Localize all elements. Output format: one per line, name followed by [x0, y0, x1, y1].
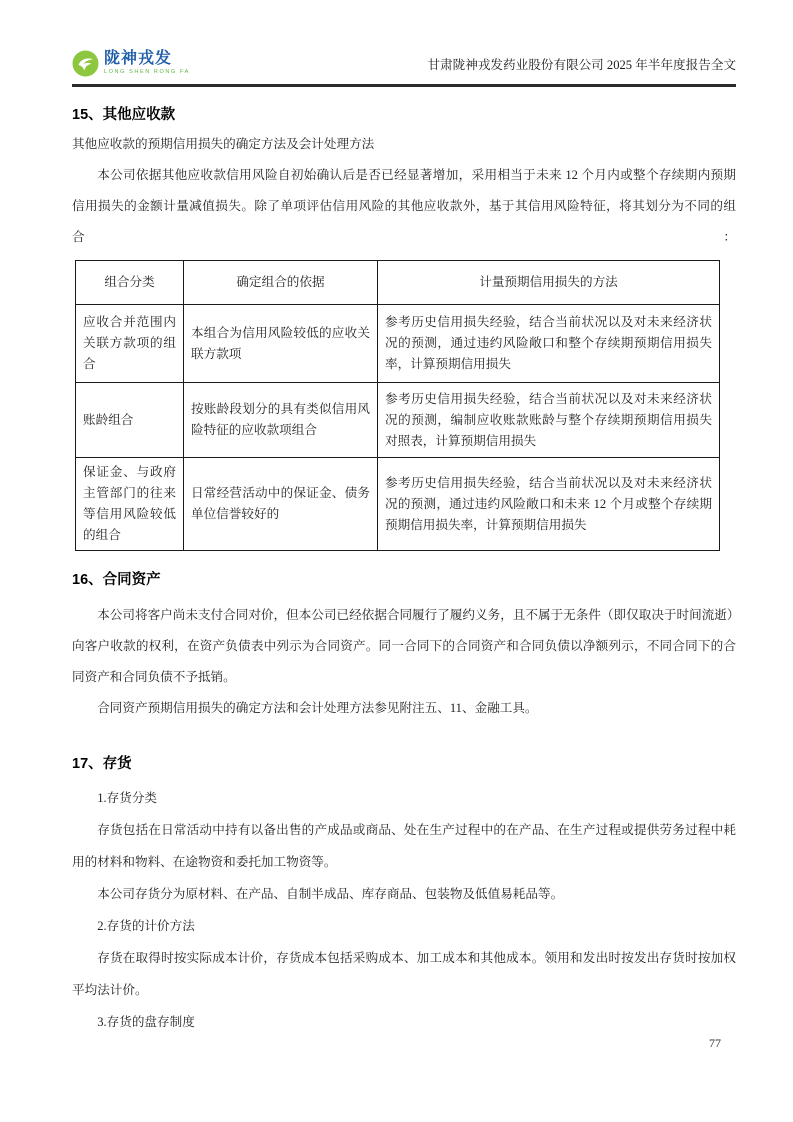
- section-15-heading: 15、其他应收款: [72, 103, 736, 124]
- credit-loss-portfolio-table: 组合分类 确定组合的依据 计量预期信用损失的方法 应收合并范围内关联方款项的组合…: [75, 260, 720, 551]
- table-header-cell: 确定组合的依据: [184, 261, 378, 305]
- table-row: 保证金、与政府主管部门的往来等信用风险较低的组合 日常经营活动中的保证金、债务单…: [76, 458, 720, 551]
- table-header-cell: 组合分类: [76, 261, 184, 305]
- section-17-heading: 17、存货: [72, 752, 736, 773]
- table-cell: 参考历史信用损失经验，结合当前状况以及对未来经济状况的预测，通过违约风险敞口和未…: [378, 458, 720, 551]
- company-logo: 陇神戎发 LONG SHEN RONG FA: [72, 50, 190, 77]
- logo-wordmark: 陇神戎发 LONG SHEN RONG FA: [104, 51, 190, 76]
- table-cell: 日常经营活动中的保证金、债务单位信誉较好的: [184, 458, 378, 551]
- logo-bird-icon: [72, 50, 99, 77]
- section-15-paragraph: 本公司依据其他应收款信用风险自初始确认后是否已经显著增加，采用相当于未来 12 …: [72, 160, 736, 253]
- page-header: 陇神戎发 LONG SHEN RONG FA 甘肃陇神戎发药业股份有限公司 20…: [72, 50, 736, 87]
- logo-english-name: LONG SHEN RONG FA: [104, 70, 190, 76]
- paragraph-line: 本公司存货分为原材料、在产品、自制半成品、库存商品、包装物及低值易耗品等。: [72, 878, 736, 910]
- paragraph-line: 平均法计价。: [72, 974, 736, 1006]
- paragraph-line: 信用损失的金额计量减值损失。除了单项评估信用风险的其他应收款外，基于其信用风险特…: [72, 191, 736, 253]
- report-title: 甘肃陇神戎发药业股份有限公司 2025 年半年度报告全文: [427, 54, 736, 73]
- table-header-row: 组合分类 确定组合的依据 计量预期信用损失的方法: [76, 261, 720, 305]
- table-cell: 保证金、与政府主管部门的往来等信用风险较低的组合: [76, 458, 184, 551]
- paragraph-line: 本公司将客户尚未支付合同对价，但本公司已经依据合同履行了履约义务，且不属于无条件…: [72, 600, 736, 631]
- paragraph-line: 存货包括在日常活动中持有以备出售的产成品或商品、处在生产过程中的在产品、在生产过…: [72, 814, 736, 846]
- page-number: 77: [690, 1036, 740, 1051]
- table-cell: 参考历史信用损失经验，结合当前状况以及对未来经济状况的预测，编制应收账款账龄与整…: [378, 383, 720, 458]
- logo-chinese-name: 陇神戎发: [104, 51, 190, 67]
- report-page: 陇神戎发 LONG SHEN RONG FA 甘肃陇神戎发药业股份有限公司 20…: [0, 0, 793, 1122]
- table-row: 应收合并范围内关联方款项的组合 本组合为信用风险较低的应收关联方款项 参考历史信…: [76, 305, 720, 383]
- table-header-cell: 计量预期信用损失的方法: [378, 261, 720, 305]
- paragraph-line: 本公司依据其他应收款信用风险自初始确认后是否已经显著增加，采用相当于未来 12 …: [72, 160, 736, 191]
- paragraph-line: 存货在取得时按实际成本计价，存货成本包括采购成本、加工成本和其他成本。领用和发出…: [72, 942, 736, 974]
- paragraph-line: 2.存货的计价方法: [72, 910, 736, 942]
- page-content: 15、其他应收款 其他应收款的预期信用损失的确定方法及会计处理方法 本公司依据其…: [72, 103, 736, 1038]
- section-16-heading: 16、合同资产: [72, 568, 736, 589]
- table-row: 账龄组合 按账龄段划分的具有类似信用风险特征的应收款项组合 参考历史信用损失经验…: [76, 383, 720, 458]
- section-16-paragraph: 本公司将客户尚未支付合同对价，但本公司已经依据合同履行了履约义务，且不属于无条件…: [72, 600, 736, 724]
- paragraph-line: 3.存货的盘存制度: [72, 1006, 736, 1038]
- paragraph-line: 同资产和合同负债不予抵销。: [72, 662, 736, 693]
- paragraph-line: 1.存货分类: [72, 782, 736, 814]
- section-17-body: 1.存货分类 存货包括在日常活动中持有以备出售的产成品或商品、处在生产过程中的在…: [72, 782, 736, 1038]
- paragraph-line: 用的材料和物料、在途物资和委托加工物资等。: [72, 846, 736, 878]
- table-cell: 本组合为信用风险较低的应收关联方款项: [184, 305, 378, 383]
- table-cell: 按账龄段划分的具有类似信用风险特征的应收款项组合: [184, 383, 378, 458]
- table-cell: 应收合并范围内关联方款项的组合: [76, 305, 184, 383]
- paragraph-line: 向客户收款的权利，在资产负债表中列示为合同资产。同一合同下的合同资产和合同负债以…: [72, 631, 736, 662]
- section-15-subtitle: 其他应收款的预期信用损失的确定方法及会计处理方法: [72, 129, 736, 160]
- table-cell: 账龄组合: [76, 383, 184, 458]
- table-cell: 参考历史信用损失经验，结合当前状况以及对未来经济状况的预测，通过违约风险敞口和整…: [378, 305, 720, 383]
- paragraph-line: 合同资产预期信用损失的确定方法和会计处理方法参见附注五、11、金融工具。: [72, 693, 736, 724]
